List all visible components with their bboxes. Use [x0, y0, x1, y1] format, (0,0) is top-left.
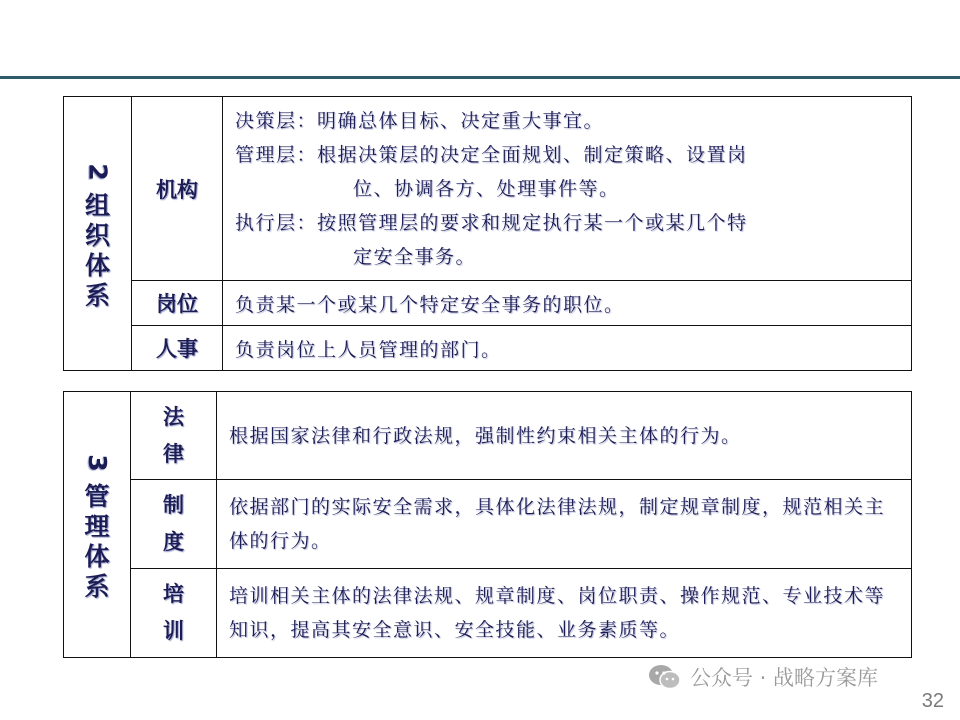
header-rule — [0, 76, 960, 79]
page-number: 32 — [922, 690, 944, 713]
position-description: 负责某一个或某几个特定安全事务的职位。 — [223, 281, 912, 326]
management-layer-item: 管理层：根据决策层的决定全面规划、制定策略、设置岗位、协调各方、处理事件等。 — [235, 138, 905, 206]
execution-layer-item: 执行层：按照管理层的要求和规定执行某一个或某几个特定安全事务。 — [235, 206, 905, 274]
category-institution: 机构 — [132, 97, 223, 281]
section-title-management: 3 管 理 体 系 — [64, 392, 131, 658]
decision-layer-item: 决策层：明确总体目标、决定重大事宜。 — [235, 104, 905, 138]
management-system-table: 3 管 理 体 系 法律 根据国家法律和行政法规，强制性约束相关主体的行为。 制… — [63, 391, 912, 658]
personnel-description: 负责岗位上人员管理的部门。 — [223, 326, 912, 371]
organization-system-table: 2 组 织 体 系 机构 决策层：明确总体目标、决定重大事宜。 管理层：根据决策… — [63, 96, 912, 371]
law-description: 根据国家法律和行政法规，强制性约束相关主体的行为。 — [217, 392, 912, 480]
wechat-icon — [648, 663, 682, 691]
watermark: 公众号 · 战略方案库 — [648, 662, 878, 692]
category-position: 岗位 — [132, 281, 223, 326]
watermark-text: 公众号 · 战略方案库 — [690, 662, 878, 692]
category-regulation: 制度 — [131, 480, 217, 569]
institution-description: 决策层：明确总体目标、决定重大事宜。 管理层：根据决策层的决定全面规划、制定策略… — [223, 97, 912, 281]
category-training: 培训 — [131, 569, 217, 658]
training-description: 培训相关主体的法律法规、规章制度、岗位职责、操作规范、专业技术等知识，提高其安全… — [217, 569, 912, 658]
category-personnel: 人事 — [132, 326, 223, 371]
section-title-organization: 2 组 织 体 系 — [64, 97, 132, 371]
category-law: 法律 — [131, 392, 217, 480]
regulation-description: 依据部门的实际安全需求，具体化法律法规，制定规章制度，规范相关主体的行为。 — [217, 480, 912, 569]
